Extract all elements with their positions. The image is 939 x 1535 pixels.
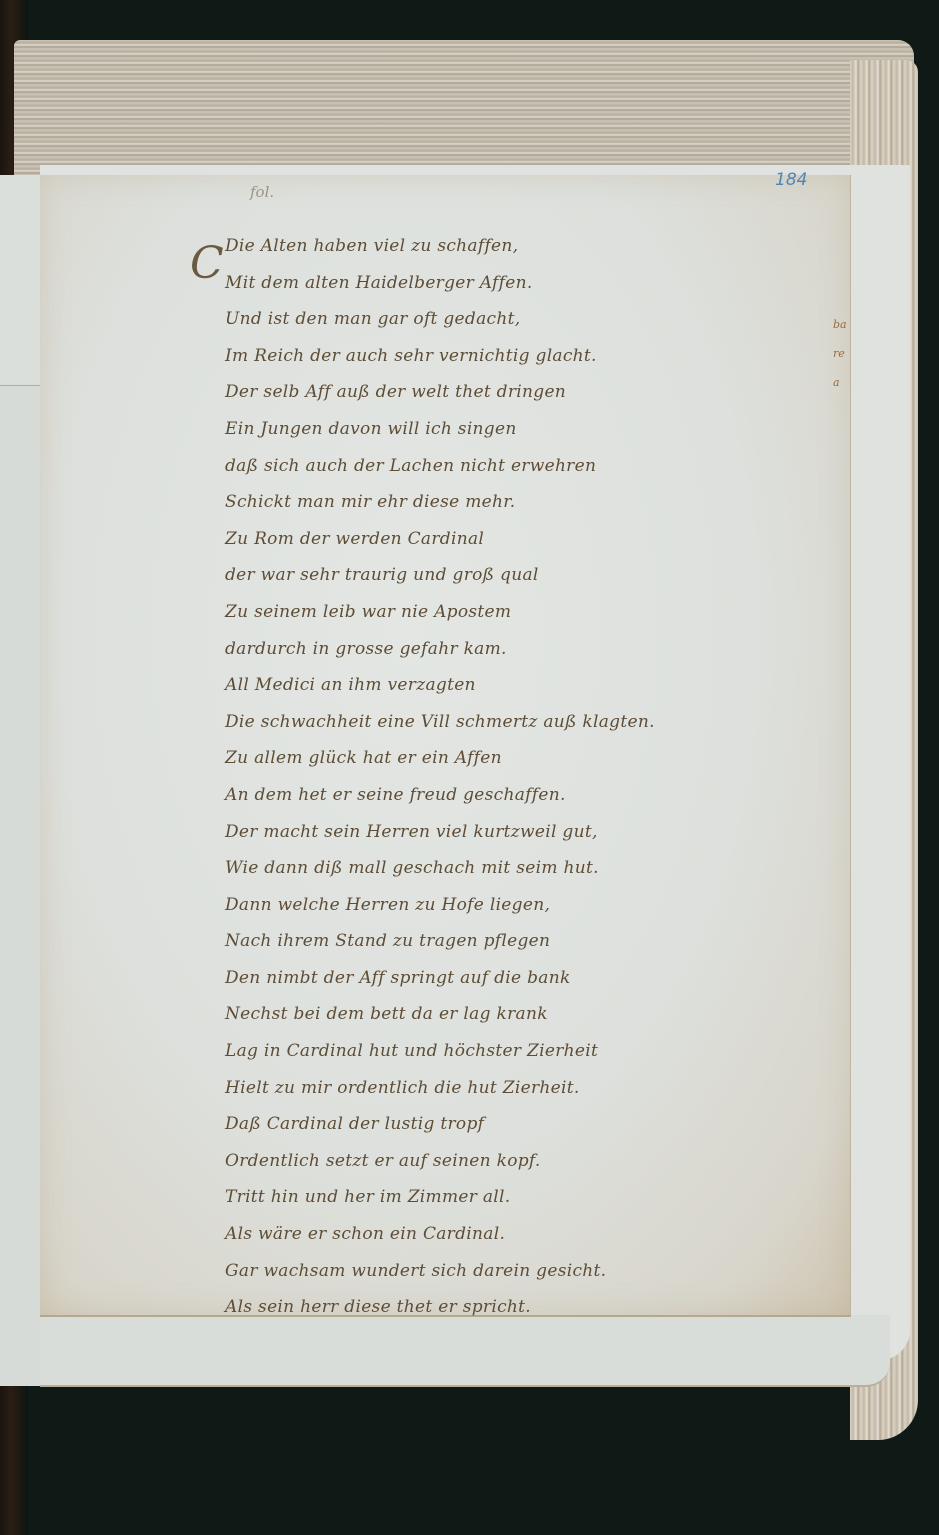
handwritten-verse: Die Alten haben viel zu schaffen, Mit de…: [225, 228, 815, 1326]
verse-line: Der selb Aff auß der welt thet dringen: [225, 374, 815, 411]
verse-line: Die schwachheit eine Vill schmertz auß k…: [225, 704, 815, 741]
verse-line: Als sein herr diese thet er spricht.: [225, 1289, 815, 1326]
verse-line: Der macht sein Herren viel kurtzweil gut…: [225, 814, 815, 851]
verse-line: Die Alten haben viel zu schaffen,: [225, 228, 815, 265]
margin-notes: ba re a: [833, 318, 847, 405]
margin-note: re: [833, 347, 847, 360]
verse-line: Mit dem alten Haidelberger Affen.: [225, 265, 815, 302]
verse-line: Im Reich der auch sehr vernichtig glacht…: [225, 338, 815, 375]
verse-line: Tritt hin und her im Zimmer all.: [225, 1179, 815, 1216]
verse-line: Dann welche Herren zu Hofe liegen,: [225, 887, 815, 924]
verse-line: Lag in Cardinal hut und höchster Zierhei…: [225, 1033, 815, 1070]
verse-line: Wie dann diß mall geschach mit seim hut.: [225, 850, 815, 887]
verse-line: der war sehr traurig und groß qual: [225, 557, 815, 594]
verse-line: Schickt man mir ehr diese mehr.: [225, 484, 815, 521]
margin-note: ba: [833, 318, 847, 331]
verse-line: Ein Jungen davon will ich singen: [225, 411, 815, 448]
margin-note: a: [833, 376, 847, 389]
verse-line: Zu seinem leib war nie Apostem: [225, 594, 815, 631]
verse-line: All Medici an ihm verzagten: [225, 667, 815, 704]
verse-line: Nach ihrem Stand zu tragen pflegen: [225, 923, 815, 960]
verse-line: Zu Rom der werden Cardinal: [225, 521, 815, 558]
verse-line: Hielt zu mir ordentlich die hut Zierheit…: [225, 1070, 815, 1107]
verse-line: Nechst bei dem bett da er lag krank: [225, 996, 815, 1033]
verse-line: dardurch in grosse gefahr kam.: [225, 631, 815, 668]
verse-line: Als wäre er schon ein Cardinal.: [225, 1216, 815, 1253]
verse-line: An dem het er seine freud geschaffen.: [225, 777, 815, 814]
verse-line: Und ist den man gar oft gedacht,: [225, 301, 815, 338]
verse-line: daß sich auch der Lachen nicht erwehren: [225, 448, 815, 485]
verse-line: Gar wachsam wundert sich darein gesicht.: [225, 1253, 815, 1290]
verse-line: Ordentlich setzt er auf seinen kopf.: [225, 1143, 815, 1180]
initial-flourish: C: [190, 238, 224, 289]
verse-line: Zu allem glück hat er ein Affen: [225, 740, 815, 777]
verse-line: Den nimbt der Aff springt auf die bank: [225, 960, 815, 997]
verse-line: Daß Cardinal der lustig tropf: [225, 1106, 815, 1143]
folio-number: 184: [775, 170, 807, 190]
page-heading: fol.: [250, 183, 274, 201]
